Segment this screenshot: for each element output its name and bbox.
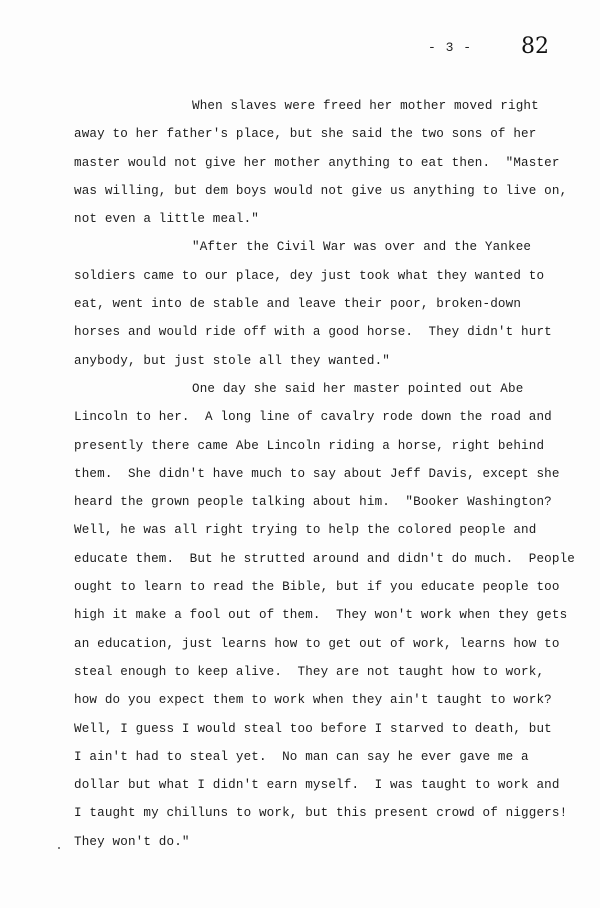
paragraph-start-line: When slaves were freed her mother moved … (74, 92, 574, 120)
document-page: - 3 - 82 When slaves were freed her moth… (0, 0, 600, 908)
text-line: steal enough to keep alive. They are not… (74, 658, 574, 686)
text-line: They won't do." (74, 828, 574, 856)
text-line: soldiers came to our place, dey just too… (74, 262, 574, 290)
page-marker: - 3 - (428, 40, 472, 55)
text-line: Well, I guess I would steal too before I… (74, 715, 574, 743)
text-line: I taught my chilluns to work, but this p… (74, 799, 574, 827)
text-line: presently there came Abe Lincoln riding … (74, 432, 574, 460)
text-line: an education, just learns how to get out… (74, 630, 574, 658)
ink-speck (58, 847, 60, 849)
text-line: not even a little meal." (74, 205, 574, 233)
text-line: how do you expect them to work when they… (74, 686, 574, 714)
text-line: high it make a fool out of them. They wo… (74, 601, 574, 629)
text-line: eat, went into de stable and leave their… (74, 290, 574, 318)
text-line: Lincoln to her. A long line of cavalry r… (74, 403, 574, 431)
text-line: I ain't had to steal yet. No man can say… (74, 743, 574, 771)
text-line: horses and would ride off with a good ho… (74, 318, 574, 346)
text-line: Well, he was all right trying to help th… (74, 516, 574, 544)
body-text: When slaves were freed her mother moved … (74, 92, 574, 856)
ink-speck (156, 557, 158, 559)
text-line: ought to learn to read the Bible, but if… (74, 573, 574, 601)
text-line: heard the grown people talking about him… (74, 488, 574, 516)
page-number: 82 (521, 34, 549, 59)
text-line: dollar but what I didn't earn myself. I … (74, 771, 574, 799)
paragraph-start-line: "After the Civil War was over and the Ya… (74, 233, 574, 261)
text-line: educate them. But he strutted around and… (74, 545, 574, 573)
text-line: away to her father's place, but she said… (74, 120, 574, 148)
text-line: anybody, but just stole all they wanted.… (74, 347, 574, 375)
text-line: them. She didn't have much to say about … (74, 460, 574, 488)
paragraph-start-line: One day she said her master pointed out … (74, 375, 574, 403)
text-line: master would not give her mother anythin… (74, 149, 574, 177)
text-line: was willing, but dem boys would not give… (74, 177, 574, 205)
